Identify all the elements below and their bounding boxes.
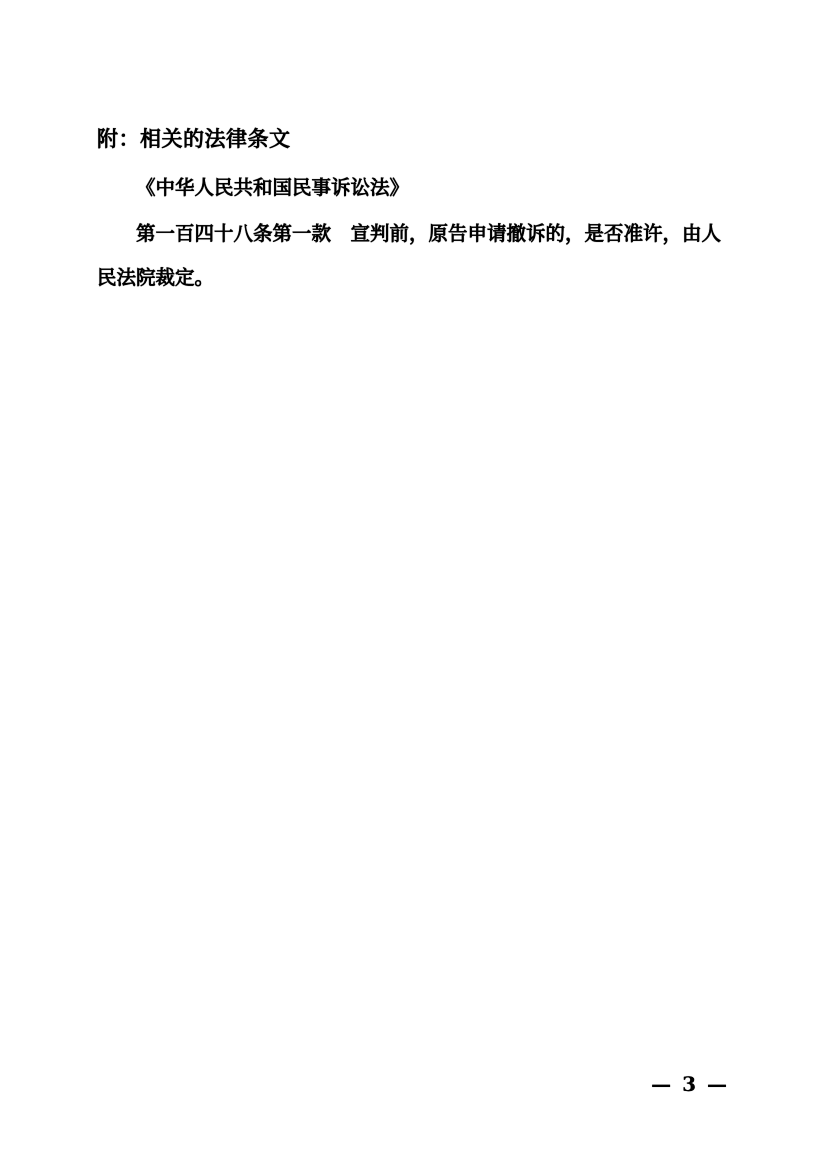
attachment-heading: 附：相关的法律条文 <box>97 127 291 153</box>
law-title: 《中华人民共和国民事诉讼法》 <box>97 176 409 202</box>
page-number: — 3 — <box>651 1072 729 1096</box>
legal-provision-line-2: 民法院裁定。 <box>97 266 737 292</box>
document-page: 附：相关的法律条文 《中华人民共和国民事诉讼法》 第一百四十八条第一款 宣判前，… <box>0 0 827 1170</box>
legal-provision-line-1: 第一百四十八条第一款 宣判前，原告申请撤诉的，是否准许，由人 <box>97 222 776 248</box>
